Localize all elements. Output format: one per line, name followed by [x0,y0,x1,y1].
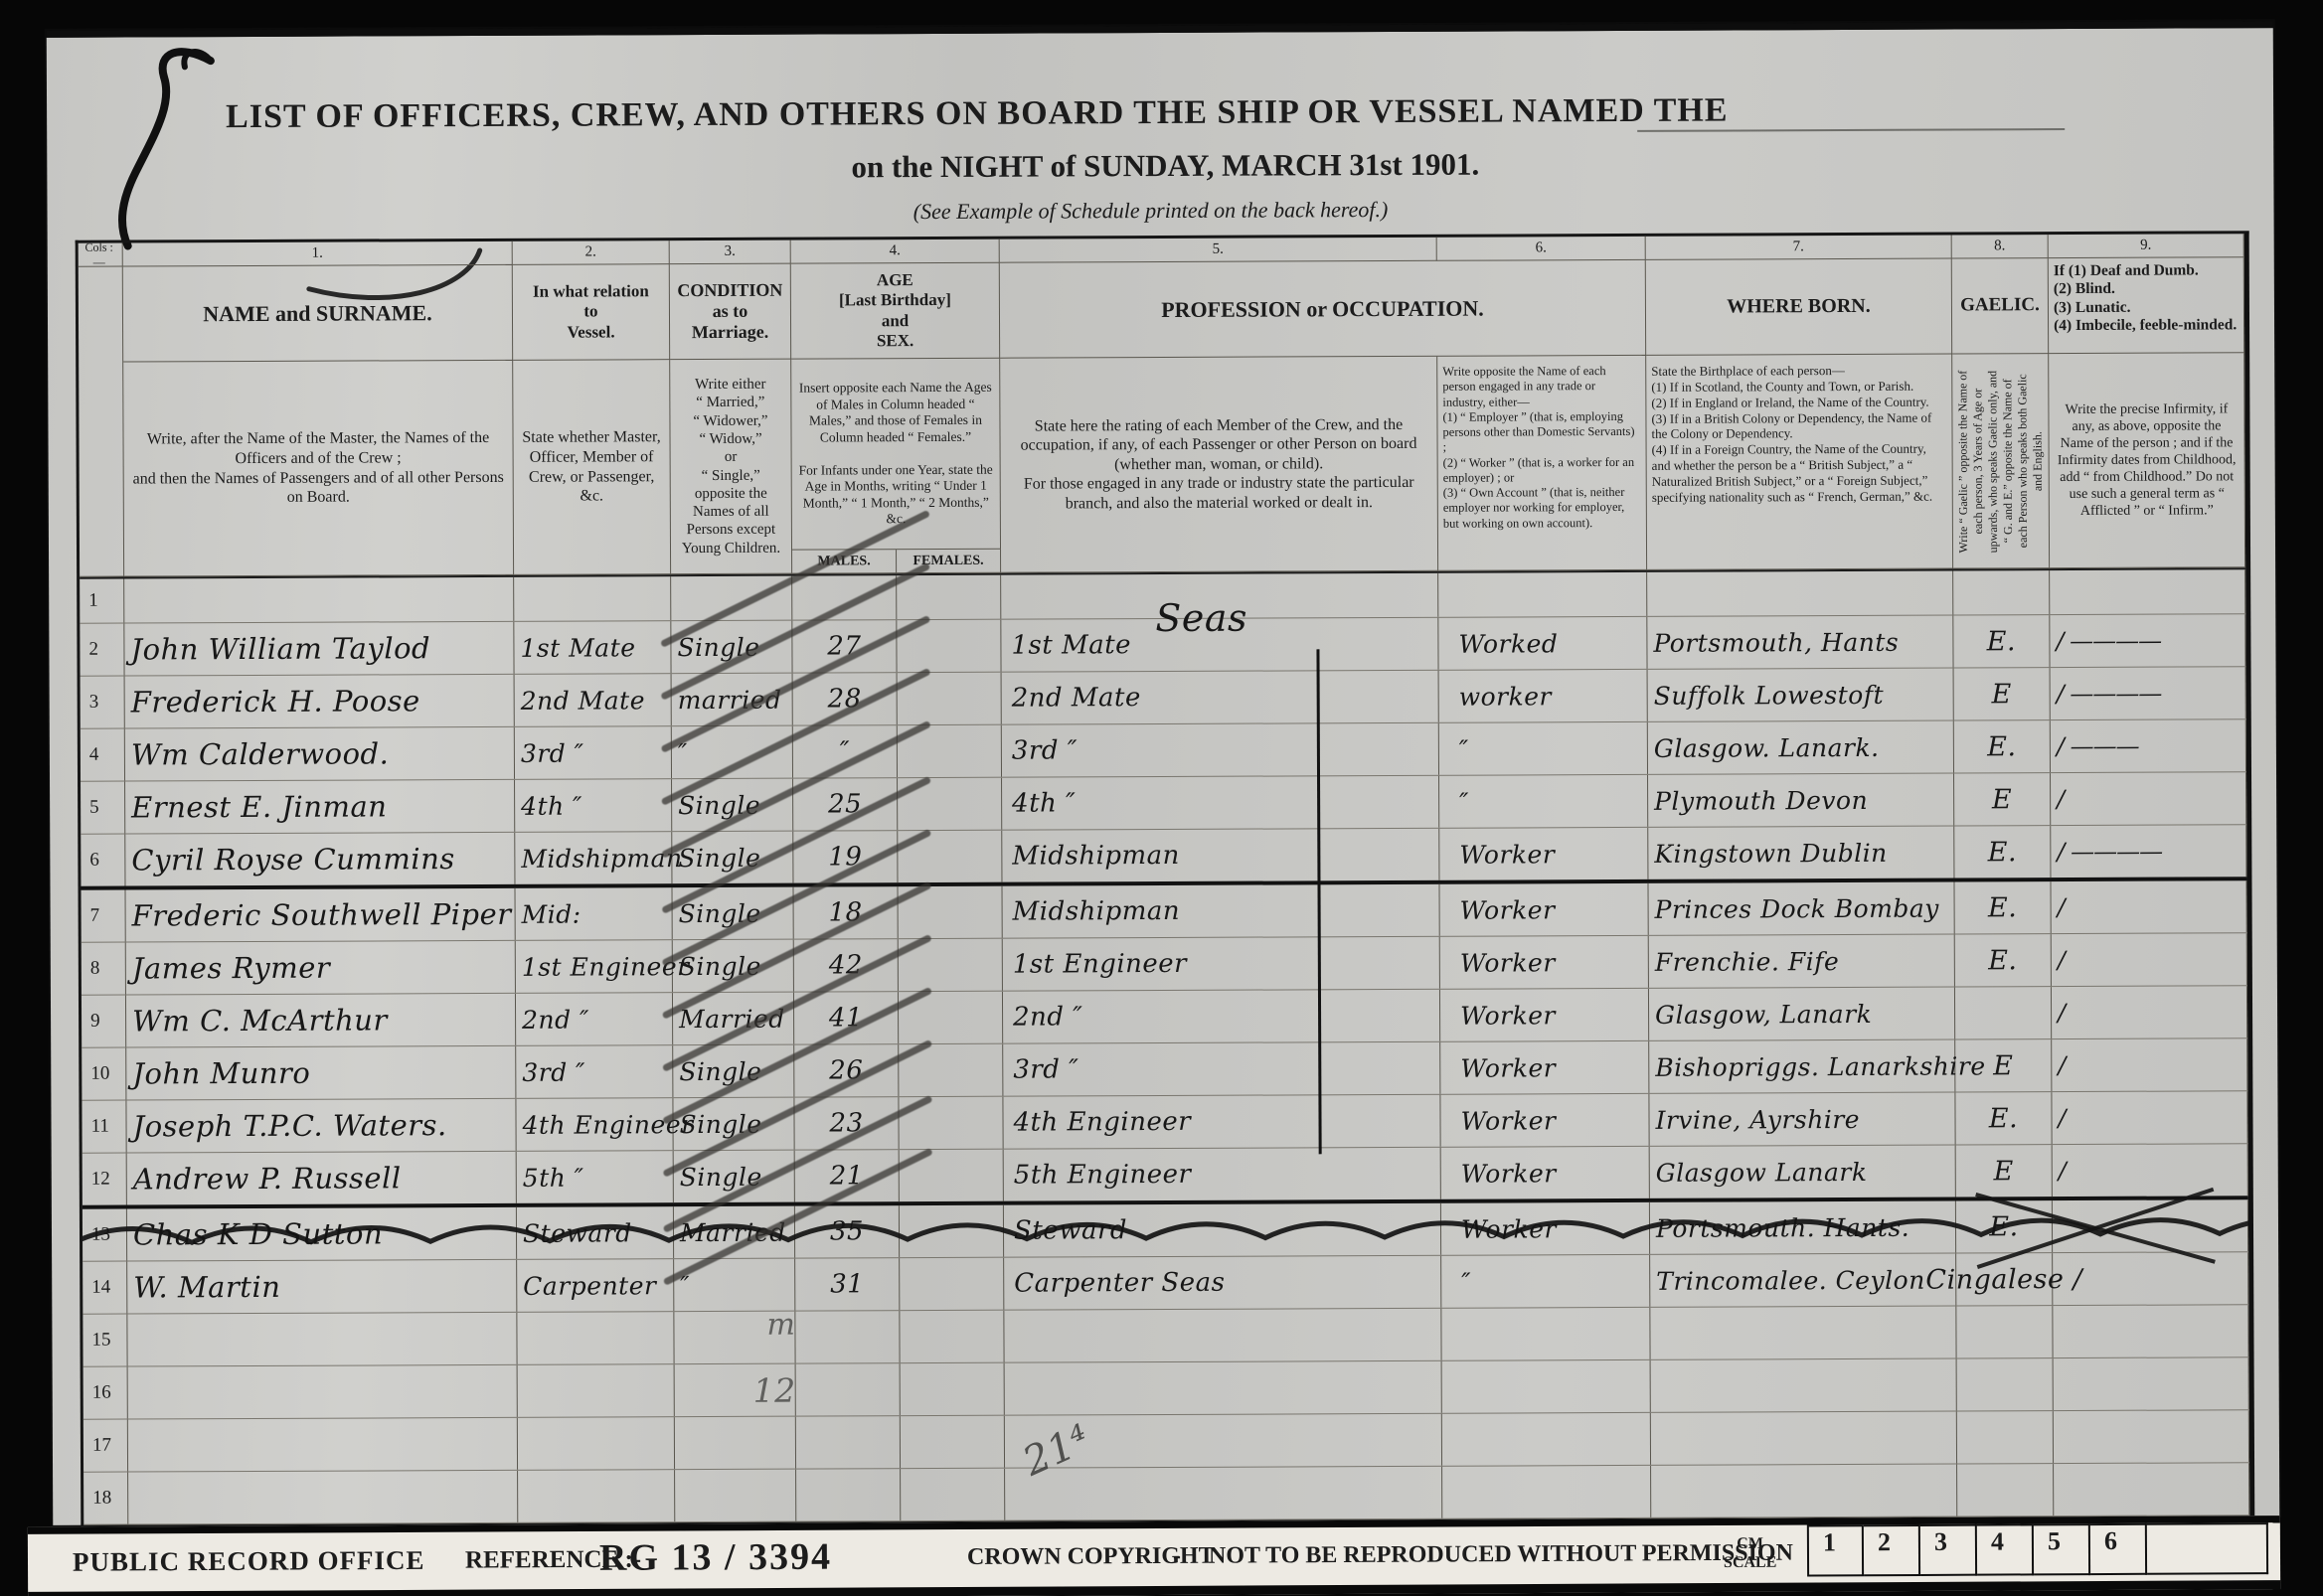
cell-where-born: Portsmouth, Hants [1647,616,1953,669]
cell-name: John Munro [126,1046,516,1100]
cell-employment: Worker [1440,936,1649,989]
cell-where-born: Kingstown Dublin [1648,827,1954,879]
cell-age-females [899,939,1003,991]
cell-age-males [796,1469,901,1520]
cell-gaelic: E. [1954,826,2051,878]
cell-profession: 1st Engineer [1003,937,1440,991]
cm-scale-ruler: 1 2 3 4 5 6 [1807,1522,2268,1580]
cell-age-females [900,1150,1004,1201]
row-number: 16 [83,1367,128,1419]
scale-box-2: 2 [1864,1524,1920,1576]
col-number-2: 2. [513,240,670,265]
cell-infirmity: / ———— [2051,825,2246,878]
cell-where-born: Trincomalee. Ceylon [1650,1254,1956,1307]
cell-where-born: Irvine, Ayrshire [1649,1093,1955,1146]
cell-age-females [901,1416,1005,1468]
cell-relation: 2nd Mate [515,674,672,726]
cell-infirmity: / [2052,1091,2247,1144]
cell-employment [1442,1413,1651,1466]
cell-condition: Single [673,1098,794,1151]
col-title-where-born: WHERE BORN. [1646,259,1952,356]
cell-condition: Married [673,993,794,1045]
form-subtitle: (See Example of Schedule printed on the … [479,195,1821,227]
cell-gaelic: Cingalese / [1956,1253,2053,1305]
col-number-7: 7. [1646,236,1952,260]
col-title-name: NAME and SURNAME. [123,265,513,363]
cell-age-males: 21 [795,1150,900,1201]
cell-infirmity: / ———— [2050,614,2245,667]
table-body: 12John William Taylod1st MateSingle271st… [80,569,2249,1524]
cell-gaelic: E. [1956,1200,2053,1252]
cell-where-born: Glasgow. Lanark. [1648,721,1954,774]
cell-age-males [796,1416,901,1468]
cell-gaelic: E [1954,668,2051,719]
cell-condition: Single [673,1045,794,1098]
cell-age-females [898,831,1002,882]
table-row: 7Frederic Southwell PiperMid:Single18Mid… [82,880,2247,943]
cell-age-males: 31 [795,1258,900,1310]
col-instruction-condition: Write either “ Married,” “ Widower,” “ W… [670,360,792,575]
cell-gaelic [1953,570,2050,614]
col-instruction-name: Write, after the Name of the Master, the… [123,361,514,577]
cell-age-females [898,673,1002,724]
cell-where-born [1651,1465,1957,1517]
col-title-relation: In what relation to Vessel. [513,264,670,361]
col-instruction-relation: State whether Master, Officer, Member of… [513,360,671,575]
cell-where-born [1650,1307,1956,1359]
cell-age-females [897,620,1001,672]
cell-profession: 3rd ″ [1002,723,1439,777]
scale-box-4: 4 [1977,1523,2034,1575]
cell-name [128,1365,518,1419]
cell-employment: Worker [1440,1094,1649,1147]
cell-condition: Single [674,1151,795,1203]
cell-age-females [899,1097,1003,1149]
cell-infirmity: / ——— [2051,719,2246,772]
cell-relation: 2nd ″ [516,993,673,1045]
cell-relation: 1st Engineer [516,940,673,993]
row-number: 11 [82,1101,126,1153]
col-number-6: 6. [1437,237,1646,261]
table-row: 18 [83,1463,2249,1525]
cell-age-males: 18 [793,886,898,938]
row-number: 15 [83,1315,127,1366]
cell-gaelic: E [1955,1039,2052,1091]
cell-where-born: Portsmouth. Hants. [1650,1201,1956,1254]
cell-age-females [898,725,1002,777]
form-title-date: on the NIGHT of SUNDAY, MARCH 31st 1901. [494,145,1836,187]
cell-age-males: 35 [795,1205,900,1257]
row-number: 2 [80,624,124,676]
table-row: 4Wm Calderwood.3rd ″″″3rd ″″Glasgow. Lan… [81,719,2246,782]
cell-profession: Midshipman [1002,829,1439,882]
row-number: 6 [81,835,125,886]
table-row: 15 [83,1305,2248,1367]
cell-employment [1442,1360,1651,1413]
cell-age-males: 41 [794,992,899,1043]
cell-name [128,1418,518,1472]
cell-relation [514,576,671,621]
cell-name [128,1471,518,1524]
cell-age-females [899,1044,1003,1096]
cell-name: John William Taylod [124,622,514,676]
cell-relation: Mid: [515,887,672,940]
cell-infirmity [2054,1410,2249,1463]
col-instruction-where-born: State the Birthplace of each person— (1)… [1646,355,1953,570]
cell-profession: 2nd Mate [1002,671,1439,724]
table-row: 5Ernest E. Jinman4th ″Single254th ″″Plym… [81,772,2246,835]
cell-profession [1005,1414,1442,1468]
cell-infirmity [2054,1463,2249,1516]
cell-condition: Single [672,779,793,832]
col-instruction-infirmity: Write the precise Infirmity, if any, as … [2049,353,2245,568]
cell-where-born: Frenchie. Fife [1649,935,1955,988]
subcol-females: FEMALES. [897,550,1001,573]
cell-name: Wm C. McArthur [126,994,516,1047]
table-row: 16 [83,1357,2249,1420]
cell-gaelic: E [1954,773,2051,825]
row-number: 9 [82,996,126,1047]
cell-where-born: Bishopriggs. Lanarkshire [1649,1040,1955,1093]
cell-where-born: Glasgow Lanark [1650,1146,1956,1198]
cell-profession: Midshipman [1002,884,1439,938]
cell-name: Cyril Royse Cummins [125,833,515,886]
cell-where-born [1647,571,1953,616]
scale-box-3: 3 [1920,1524,1977,1576]
col-number-3: 3. [670,240,791,265]
cell-name: Frederic Southwell Piper [126,888,516,942]
cell-condition: married [672,674,793,726]
cell-relation: 3rd ″ [515,726,672,779]
cell-condition: Single [672,887,793,940]
cell-profession: Carpenter Seas [1004,1256,1441,1310]
table-header: Cols :— 1. 2. 3. 4. 5. 6. 7. 8. 9. NAME … [79,234,2245,579]
cell-age-males: 19 [793,831,898,882]
cell-condition [675,1364,796,1417]
cell-relation: 4th ″ [515,779,672,832]
cell-profession [1004,1309,1441,1362]
cell-name [124,577,514,623]
col-title-profession: PROFESSION or OCCUPATION. [1000,260,1646,359]
cell-age-females [897,575,1001,619]
col-number-8: 8. [1952,235,2049,258]
cell-age-males [792,575,897,619]
row-number-column-head [79,267,124,577]
cell-name: Wm Calderwood. [125,727,515,781]
form-title: LIST OF OFFICERS, CREW, AND OTHERS ON BO… [226,92,1637,136]
footer-bar: PUBLIC RECORD OFFICE REFERENCE :- RG 13 … [28,1516,2280,1596]
cell-age-females [901,1469,1005,1520]
cell-where-born [1651,1412,1957,1465]
cell-infirmity: / [2052,986,2247,1038]
cell-employment: worker [1439,670,1648,722]
cell-condition [675,1470,796,1522]
cell-age-males [796,1363,901,1415]
cell-condition: ″ [672,726,793,779]
row-number: 3 [81,677,125,728]
col-title-age-sex: AGE [Last Birthday] and SEX. [791,263,1000,360]
cell-gaelic: E [1956,1145,2053,1197]
cell-age-males: 23 [794,1097,899,1149]
cell-where-born: Princes Dock Bombay [1648,882,1954,935]
cell-name: James Rymer [126,941,516,995]
row-number: 8 [82,943,126,995]
cell-employment: Worker [1439,883,1648,936]
cell-relation [517,1312,674,1364]
table-row: 17 [83,1410,2249,1473]
row-number: 4 [81,729,125,781]
cell-relation [518,1470,675,1522]
row-number: 5 [81,782,125,834]
cell-relation: 4th Engineer [516,1098,673,1151]
cell-employment [1438,572,1647,617]
cell-condition: Single [672,832,793,884]
cell-profession: 4th Engineer [1003,1095,1440,1149]
cell-age-females [898,778,1002,830]
cell-employment: Worked [1438,617,1647,670]
cell-gaelic [1957,1358,2054,1410]
cell-age-males: 26 [794,1044,899,1096]
cell-gaelic [1957,1464,2054,1516]
table-row: 10John Munro3rd ″Single263rd ″WorkerBish… [82,1038,2247,1101]
cell-profession [1005,1467,1442,1520]
col-number-1: 1. [123,241,513,267]
scale-box-6: 6 [2090,1523,2147,1575]
cell-age-females [901,1363,1005,1415]
row-number: 13 [83,1209,127,1261]
cell-gaelic: E. [1955,934,2052,986]
cell-profession: 1st Mate [1001,618,1438,672]
cell-where-born: Suffolk Lowestoft [1648,669,1954,721]
cell-relation: 1st Mate [514,621,671,674]
cell-relation [518,1364,675,1417]
scale-box-5: 5 [2034,1523,2090,1575]
cell-age-females [900,1258,1004,1310]
subcol-males: MALES. [792,550,897,573]
cell-relation [518,1417,675,1470]
cell-gaelic: E. [1953,615,2050,667]
cell-age-males: 28 [793,673,898,724]
col-number-9: 9. [2049,234,2244,258]
cell-employment [1441,1308,1650,1360]
cell-condition: Married [674,1206,795,1259]
cell-condition: Single [673,940,794,993]
cell-infirmity [2053,1252,2248,1305]
census-scan-screen: LIST OF OFFICERS, CREW, AND OTHERS ON BO… [0,0,2323,1596]
separator-dash: - [1173,1543,1181,1570]
cell-age-females [899,992,1003,1043]
scale-box-1: 1 [1807,1524,1864,1576]
cell-profession: 2nd ″ [1003,990,1440,1043]
cell-relation: 3rd ″ [516,1045,673,1098]
cell-employment: ″ [1439,722,1648,775]
table-row: 11Joseph T.P.C. Waters.4th EngineerSingl… [82,1091,2247,1154]
cell-employment: Worker [1440,989,1649,1041]
cell-infirmity: / [2052,933,2247,986]
table-row: 6Cyril Royse CumminsMidshipmanSingle19Mi… [81,825,2246,890]
cell-employment: Worker [1440,1041,1649,1094]
cell-age-females [900,1205,1004,1257]
cell-gaelic: E. [1954,881,2051,933]
cell-gaelic [1957,1411,2054,1463]
cell-employment: ″ [1441,1255,1650,1308]
row-number: 18 [83,1473,128,1524]
cell-where-born [1651,1359,1957,1412]
table-row: 8James Rymer1st EngineerSingle421st Engi… [82,933,2247,996]
scale-box-empty [2147,1522,2268,1575]
cell-age-males: 27 [792,620,897,672]
cell-employment: Worker [1441,1147,1650,1199]
cell-infirmity: / [2051,772,2246,825]
cell-gaelic [1955,987,2052,1038]
cell-relation: Midshipman [515,832,672,884]
cell-condition [674,1312,795,1364]
cell-relation: 5th ″ [517,1151,674,1203]
cell-condition [675,1417,796,1470]
cell-where-born: Glasgow, Lanark [1649,988,1955,1040]
row-number: 14 [83,1262,127,1314]
census-form-page: LIST OF OFFICERS, CREW, AND OTHERS ON BO… [47,21,2280,1525]
col-title-condition: CONDITION as to Marriage. [670,264,791,361]
table-row: 9Wm C. McArthur2nd ″Married412nd ″Worker… [82,986,2247,1048]
row-number: 10 [82,1048,126,1100]
cell-profession [1005,1361,1442,1415]
col-instruction-employment: Write opposite the Name of each person e… [1437,356,1647,571]
gaelic-vertical-text: Write “ Gaelic ” opposite the Name of ea… [1955,369,2046,554]
public-record-office-stamp: PUBLIC RECORD OFFICE [73,1545,425,1578]
col-title-infirmity: If (1) Deaf and Dumb. (2) Blind. (3) Lun… [2049,257,2244,354]
col-number-5: 5. [1000,238,1437,263]
cell-employment: ″ [1439,775,1648,828]
cell-profession: 5th Engineer [1004,1148,1441,1201]
cell-age-males: 25 [793,778,898,830]
cell-name: Frederick H. Poose [125,675,515,728]
row-number: 1 [80,579,124,623]
permission-notice: NOT TO BE REPRODUCED WITHOUT PERMISSION [1209,1540,1793,1570]
row-number: 17 [83,1420,128,1472]
cell-age-males: 42 [794,939,899,991]
table-row: 12Andrew P. Russell5th ″Single215th Engi… [83,1144,2248,1209]
cell-profession: Steward [1004,1203,1441,1257]
cell-where-born: Plymouth Devon [1648,774,1954,827]
cols-label: Cols :— [79,243,123,267]
cell-age-males: ″ [793,725,898,777]
col-title-gaelic: GAELIC. [1952,258,2049,354]
table-row: 14W. MartinCarpenter″31Carpenter Seas″Tr… [83,1252,2248,1315]
cell-age-males [795,1311,900,1362]
cell-employment [1442,1466,1651,1518]
cell-gaelic [1956,1306,2053,1357]
row-number: 12 [83,1154,127,1205]
cell-infirmity: / [2051,880,2246,933]
cell-gaelic: E. [1955,1092,2052,1144]
col-instruction-age: Insert opposite each Name the Ages of Ma… [791,359,1001,551]
cell-profession: 4th ″ [1002,776,1439,830]
cell-condition [671,576,792,621]
col-instruction-profession: State here the rating of each Member of … [1000,357,1438,573]
cell-age-females [900,1311,1004,1362]
cell-condition: ″ [674,1259,795,1312]
table-row: 2John William Taylod1st MateSingle271st … [80,614,2245,677]
cell-infirmity [2054,1357,2249,1410]
cell-name [127,1313,517,1366]
cell-infirmity [2053,1305,2248,1357]
cm-scale-label: CM SCALE [1724,1534,1777,1573]
crew-list-table: Cols :— 1. 2. 3. 4. 5. 6. 7. 8. 9. NAME … [76,231,2255,1528]
cell-infirmity [2053,1199,2248,1252]
cell-employment: Worker [1439,828,1648,880]
row-number: 7 [82,890,126,942]
cell-relation: Steward [517,1206,674,1259]
cell-relation: Carpenter [517,1259,674,1312]
cell-profession [1001,573,1438,619]
cell-profession: 3rd ″ [1003,1042,1440,1096]
cell-age-females [898,886,1002,938]
table-row: 13Chas K D SuttonStewardMarried35Steward… [83,1199,2248,1262]
cell-name: Ernest E. Jinman [125,780,515,834]
cell-name: Andrew P. Russell [127,1152,517,1205]
cell-condition: Single [671,621,792,674]
cell-infirmity [2050,569,2245,614]
cell-infirmity: / [2053,1144,2248,1197]
cell-name: W. Martin [127,1260,517,1314]
cell-employment: Worker [1441,1202,1650,1255]
cell-gaelic: E. [1954,720,2051,772]
cell-name: Joseph T.P.C. Waters. [126,1099,516,1153]
col-instruction-gaelic: Write “ Gaelic ” opposite the Name of ea… [1952,354,2050,568]
col-number-4: 4. [791,239,1000,264]
table-row: 3Frederick H. Poose2nd Matemarried282nd … [81,667,2246,729]
cell-name: Chas K D Sutton [127,1207,517,1261]
reference-value: RG 13 / 3394 [599,1535,832,1580]
cell-infirmity: / [2052,1038,2247,1091]
cell-infirmity: / ———— [2051,667,2246,719]
